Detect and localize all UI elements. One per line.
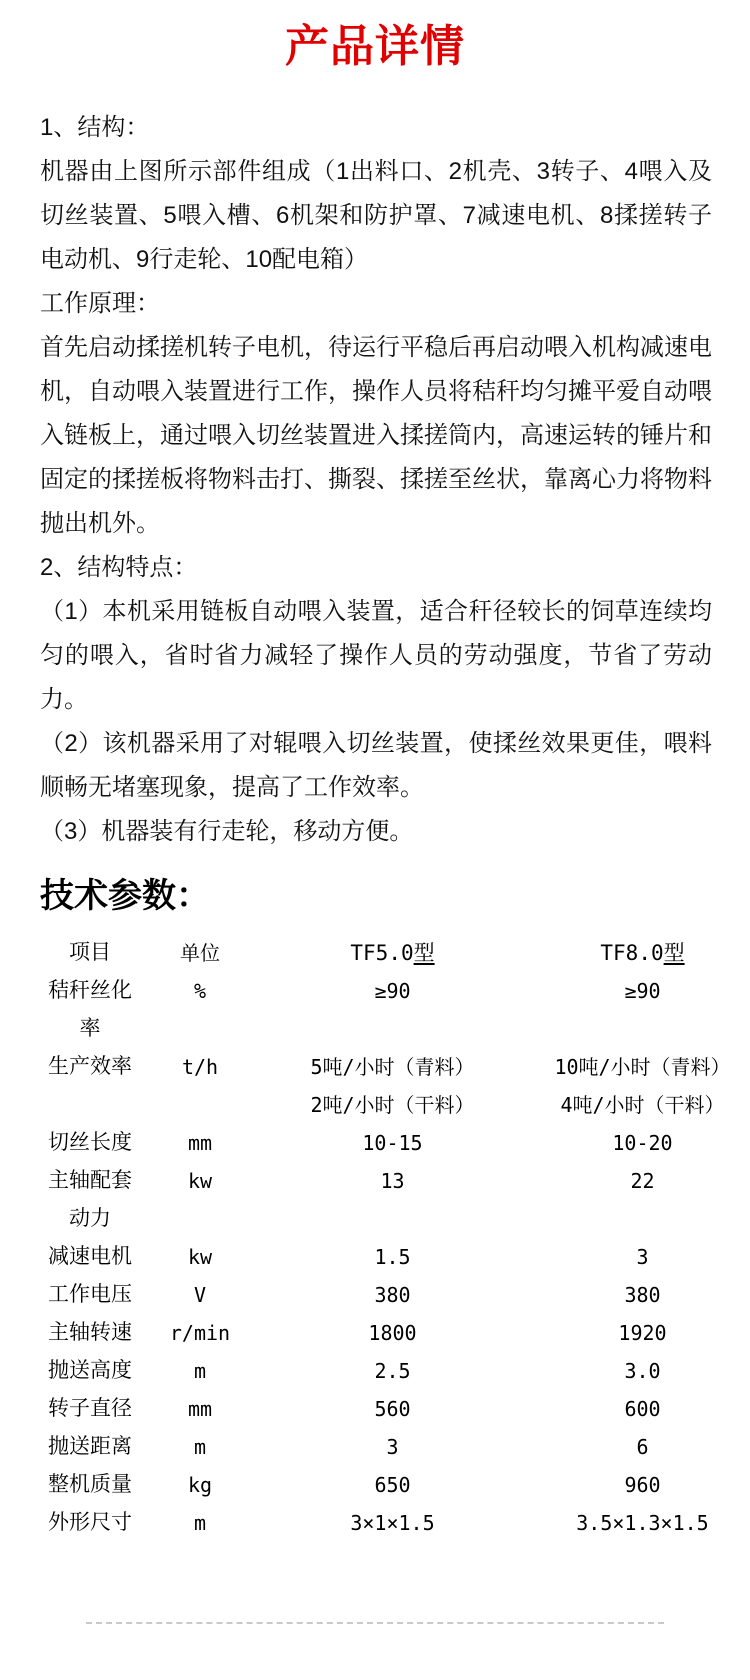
spec-value-tf50-cell: 2.5 xyxy=(250,1352,535,1390)
cell-line: 650 xyxy=(250,1466,535,1504)
description-paragraph: 1、结构： xyxy=(40,106,712,150)
spec-item-cell: 切丝长度 xyxy=(30,1124,150,1162)
cell-line: 380 xyxy=(535,1276,750,1314)
table-header-row: 项目 单位 TF5.0型 TF8.0型 xyxy=(30,934,750,972)
spec-row: 抛送距离m36 xyxy=(30,1428,750,1466)
spec-value-tf50-cell: ≥90 xyxy=(250,972,535,1010)
spec-row: 抛送高度m2.53.0 xyxy=(30,1352,750,1390)
cell-line: 主轴转速 xyxy=(30,1314,150,1352)
spec-value-tf80-cell: 3 xyxy=(535,1238,750,1276)
spec-row: 主轴配套动力kw1322 xyxy=(30,1162,750,1238)
spec-unit-cell: kw xyxy=(150,1238,250,1276)
model-suffix: 型 xyxy=(414,941,435,965)
spec-value-tf80-cell: 600 xyxy=(535,1390,750,1428)
spec-value-tf80-cell: 3.0 xyxy=(535,1352,750,1390)
spec-value-tf50-cell: 3×1×1.5 xyxy=(250,1504,535,1542)
spec-value-tf80-cell: ≥90 xyxy=(535,972,750,1010)
spec-unit-cell: mm xyxy=(150,1390,250,1428)
spec-item-cell: 主轴配套动力 xyxy=(30,1162,150,1238)
spec-row: 减速电机kw1.53 xyxy=(30,1238,750,1276)
model-name: TF5.0 xyxy=(350,941,413,965)
cell-line: ≥90 xyxy=(250,972,535,1010)
cell-line: 抛送距离 xyxy=(30,1428,150,1466)
column-header-unit: 单位 xyxy=(150,934,250,972)
cell-line: 动力 xyxy=(30,1200,150,1238)
spec-item-cell: 转子直径 xyxy=(30,1390,150,1428)
cell-line: mm xyxy=(150,1390,250,1428)
spec-unit-cell: kg xyxy=(150,1466,250,1504)
cell-line: 10吨/小时（青料） xyxy=(535,1048,750,1086)
spec-value-tf50-cell: 10-15 xyxy=(250,1124,535,1162)
page-title: 产品详情 xyxy=(0,0,750,72)
cell-line: 10-20 xyxy=(535,1124,750,1162)
cell-line: ≥90 xyxy=(535,972,750,1010)
spec-row: 转子直径mm560600 xyxy=(30,1390,750,1428)
cell-line: 5吨/小时（青料） xyxy=(250,1048,535,1086)
spec-unit-cell: m xyxy=(150,1504,250,1542)
cell-line: 3.0 xyxy=(535,1352,750,1390)
spec-value-tf80-cell: 10吨/小时（青料）4吨/小时（干料） xyxy=(535,1048,750,1124)
spec-row: 工作电压V380380 xyxy=(30,1276,750,1314)
cell-line: kg xyxy=(150,1466,250,1504)
spec-value-tf80-cell: 10-20 xyxy=(535,1124,750,1162)
description-paragraph: （2）该机器采用了对辊喂入切丝装置，使揉丝效果更佳，喂料顺畅无堵塞现象，提高了工… xyxy=(40,722,712,810)
cell-line: 1920 xyxy=(535,1314,750,1352)
cell-line: 560 xyxy=(250,1390,535,1428)
spec-unit-cell: m xyxy=(150,1352,250,1390)
cell-line: mm xyxy=(150,1124,250,1162)
spec-value-tf80-cell: 1920 xyxy=(535,1314,750,1352)
cell-line: 4吨/小时（干料） xyxy=(535,1086,750,1124)
spec-row: 主轴转速r/min18001920 xyxy=(30,1314,750,1352)
cell-line: 22 xyxy=(535,1162,750,1200)
spec-unit-cell: m xyxy=(150,1428,250,1466)
spec-item-cell: 减速电机 xyxy=(30,1238,150,1276)
cell-line: 切丝长度 xyxy=(30,1124,150,1162)
cell-line: V xyxy=(150,1276,250,1314)
spec-value-tf50-cell: 5吨/小时（青料）2吨/小时（干料） xyxy=(250,1048,535,1124)
spec-value-tf80-cell: 380 xyxy=(535,1276,750,1314)
spec-row: 生产效率t/h5吨/小时（青料）2吨/小时（干料）10吨/小时（青料）4吨/小时… xyxy=(30,1048,750,1124)
spec-item-cell: 工作电压 xyxy=(30,1276,150,1314)
spec-value-tf80-cell: 22 xyxy=(535,1162,750,1200)
cell-line: 960 xyxy=(535,1466,750,1504)
cell-line: 10-15 xyxy=(250,1124,535,1162)
spec-row: 整机质量kg650960 xyxy=(30,1466,750,1504)
cell-line: 3.5×1.3×1.5 xyxy=(535,1504,750,1542)
cell-line: 3 xyxy=(535,1238,750,1276)
spec-item-cell: 主轴转速 xyxy=(30,1314,150,1352)
cell-line: t/h xyxy=(150,1048,250,1086)
cell-line: 1800 xyxy=(250,1314,535,1352)
cell-line: 2吨/小时（干料） xyxy=(250,1086,535,1124)
model-suffix: 型 xyxy=(664,941,685,965)
spec-item-cell: 抛送距离 xyxy=(30,1428,150,1466)
cell-line: kw xyxy=(150,1162,250,1200)
spec-item-cell: 秸秆丝化率 xyxy=(30,972,150,1048)
description-paragraph: （1）本机采用链板自动喂入装置，适合秆径较长的饲草连续均匀的喂入，省时省力减轻了… xyxy=(40,590,712,722)
cell-line: 3 xyxy=(250,1428,535,1466)
spec-rows: 秸秆丝化率%≥90≥90生产效率t/h5吨/小时（青料）2吨/小时（干料）10吨… xyxy=(30,972,750,1542)
spec-item-cell: 外形尺寸 xyxy=(30,1504,150,1542)
spec-value-tf50-cell: 1.5 xyxy=(250,1238,535,1276)
cell-line: 减速电机 xyxy=(30,1238,150,1276)
cell-line: kw xyxy=(150,1238,250,1276)
specs-heading: 技术参数： xyxy=(40,874,750,918)
product-description: 1、结构：机器由上图所示部件组成（1出料口、2机壳、3转子、4喂入及切丝装置、5… xyxy=(40,106,712,854)
cell-line: 6 xyxy=(535,1428,750,1466)
cell-line: 3×1×1.5 xyxy=(250,1504,535,1542)
spec-unit-cell: r/min xyxy=(150,1314,250,1352)
specs-table: 项目 单位 TF5.0型 TF8.0型 秸秆丝化率%≥90≥90生产效率t/h5… xyxy=(30,934,750,1542)
spec-unit-cell: mm xyxy=(150,1124,250,1162)
cell-line: 380 xyxy=(250,1276,535,1314)
column-header-item: 项目 xyxy=(30,934,150,972)
spec-value-tf50-cell: 1800 xyxy=(250,1314,535,1352)
spec-value-tf80-cell: 960 xyxy=(535,1466,750,1504)
divider-dashed-line xyxy=(86,1622,664,1624)
column-header-model-tf50: TF5.0型 xyxy=(250,934,535,972)
model-name: TF8.0 xyxy=(600,941,663,965)
description-paragraph: （3）机器装有行走轮，移动方便。 xyxy=(40,810,712,854)
cell-line: 主轴配套 xyxy=(30,1162,150,1200)
product-detail-page: 产品详情 1、结构：机器由上图所示部件组成（1出料口、2机壳、3转子、4喂入及切… xyxy=(0,0,750,1680)
spec-value-tf50-cell: 560 xyxy=(250,1390,535,1428)
spec-unit-cell: kw xyxy=(150,1162,250,1200)
cell-line: 率 xyxy=(30,1010,150,1048)
spec-row: 外形尺寸m3×1×1.53.5×1.3×1.5 xyxy=(30,1504,750,1542)
cell-line: % xyxy=(150,972,250,1010)
description-paragraph: 工作原理： xyxy=(40,282,712,326)
description-paragraph: 首先启动揉搓机转子电机，待运行平稳后再启动喂入机构减速电机，自动喂入装置进行工作… xyxy=(40,326,712,546)
cell-line: 生产效率 xyxy=(30,1048,150,1086)
spec-value-tf50-cell: 650 xyxy=(250,1466,535,1504)
spec-item-cell: 整机质量 xyxy=(30,1466,150,1504)
cell-line: 整机质量 xyxy=(30,1466,150,1504)
spec-item-cell: 生产效率 xyxy=(30,1048,150,1086)
spec-unit-cell: % xyxy=(150,972,250,1010)
description-paragraph: 机器由上图所示部件组成（1出料口、2机壳、3转子、4喂入及切丝装置、5喂入槽、6… xyxy=(40,150,712,282)
cell-line: m xyxy=(150,1352,250,1390)
spec-unit-cell: V xyxy=(150,1276,250,1314)
spec-row: 切丝长度mm10-1510-20 xyxy=(30,1124,750,1162)
cell-line: 600 xyxy=(535,1390,750,1428)
spec-value-tf50-cell: 3 xyxy=(250,1428,535,1466)
spec-row: 秸秆丝化率%≥90≥90 xyxy=(30,972,750,1048)
spec-item-cell: 抛送高度 xyxy=(30,1352,150,1390)
description-paragraph: 2、结构特点： xyxy=(40,546,712,590)
cell-line: 外形尺寸 xyxy=(30,1504,150,1542)
cell-line: 工作电压 xyxy=(30,1276,150,1314)
spec-value-tf80-cell: 3.5×1.3×1.5 xyxy=(535,1504,750,1542)
cell-line: 2.5 xyxy=(250,1352,535,1390)
spec-value-tf50-cell: 380 xyxy=(250,1276,535,1314)
cell-line: 13 xyxy=(250,1162,535,1200)
cell-line: m xyxy=(150,1428,250,1466)
cell-line: 1.5 xyxy=(250,1238,535,1276)
cell-line: 秸秆丝化 xyxy=(30,972,150,1010)
cell-line: r/min xyxy=(150,1314,250,1352)
spec-value-tf80-cell: 6 xyxy=(535,1428,750,1466)
column-header-model-tf80: TF8.0型 xyxy=(535,934,750,972)
cell-line: m xyxy=(150,1504,250,1542)
cell-line: 转子直径 xyxy=(30,1390,150,1428)
spec-value-tf50-cell: 13 xyxy=(250,1162,535,1200)
cell-line: 抛送高度 xyxy=(30,1352,150,1390)
spec-unit-cell: t/h xyxy=(150,1048,250,1086)
